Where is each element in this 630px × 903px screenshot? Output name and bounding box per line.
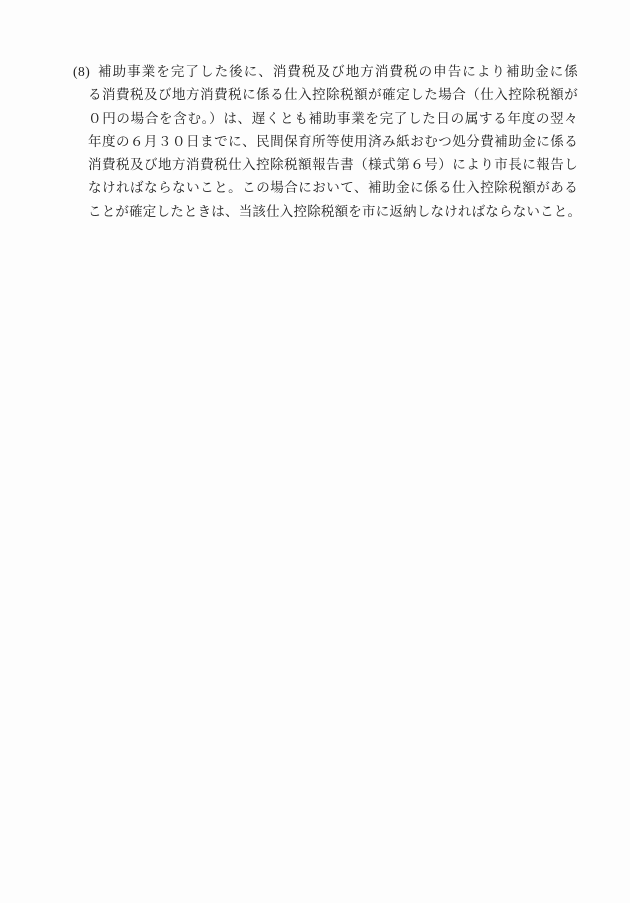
item-number-marker: (8): [73, 60, 90, 83]
paragraph-line: (8)補助事業を完了した後に、消費税及び地方消費税の申告により補助金に係: [88, 60, 578, 83]
document-page: (8)補助事業を完了した後に、消費税及び地方消費税の申告により補助金に係 る消費…: [0, 0, 630, 903]
paragraph-line: ことが確定したときは、当該仕入控除税額を市に返納しなければならないこと。: [88, 200, 578, 223]
paragraph-line: ０円の場合を含む。）は、遅くとも補助事業を完了した日の属する年度の翌々: [88, 107, 578, 130]
paragraph-line: なければならないこと。この場合において、補助金に係る仕入控除税額がある: [88, 176, 578, 199]
paragraph-line: 消費税及び地方消費税仕入控除税額報告書（様式第６号）により市長に報告し: [88, 153, 578, 176]
paragraph-line: る消費税及び地方消費税に係る仕入控除税額が確定した場合（仕入控除税額が: [88, 83, 578, 106]
paragraph-line-text: 補助事業を完了した後に、消費税及び地方消費税の申告により補助金に係: [98, 64, 578, 79]
paragraph-line: 年度の６月３０日までに、民間保育所等使用済み紙おむつ処分費補助金に係る: [88, 130, 578, 153]
paragraph-item-8: (8)補助事業を完了した後に、消費税及び地方消費税の申告により補助金に係 る消費…: [88, 60, 578, 223]
